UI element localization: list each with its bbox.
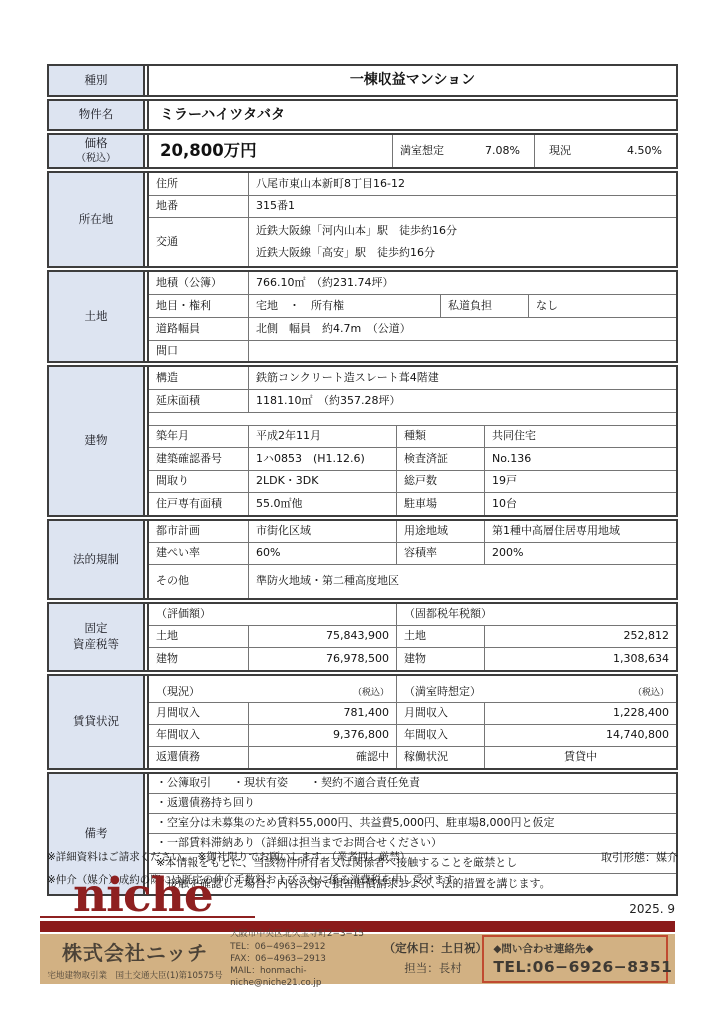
building-spacer-row xyxy=(149,413,676,426)
section-name: 物件名 ミラーハイツタバタ xyxy=(47,99,678,131)
city-plan-label: 都市計画 xyxy=(149,521,249,542)
floor-area-value: 1181.10㎡ （約357.28坪） xyxy=(249,390,676,412)
land-header: 土地 xyxy=(49,272,145,361)
niche-logo: niche xyxy=(73,872,213,919)
section-type: 種別 一棟収益マンション xyxy=(47,64,678,97)
access-line-2: 近鉄大阪線「高安」駅 徒歩約16分 xyxy=(256,242,435,264)
structure-label: 構造 xyxy=(149,367,249,389)
company-tel: TEL：06−4963−2912 xyxy=(230,941,384,953)
road-width-label: 道路幅員 xyxy=(149,318,249,340)
company-fax: FAX：06−4963−2913 xyxy=(230,953,384,965)
property-name-value: ミラーハイツタバタ xyxy=(149,101,676,129)
rental-full-title: （満室時想定） xyxy=(404,685,481,700)
inquiry-tel: TEL:06−6926−8351 xyxy=(493,958,657,976)
rental-header: 賃貸状況 xyxy=(49,676,145,768)
contact-person-block: （定休日：土日祝） 担当：長村 xyxy=(384,939,483,978)
inquiry-box: ◆問い合わせ連絡先◆ TEL:06−6926−8351 xyxy=(482,935,668,983)
section-land: 土地 地積（公簿） 766.10㎡ （約231.74坪） 地目・権利 宅地 ・ … xyxy=(47,270,678,363)
tax-annual-header: （固都税年税額） xyxy=(397,604,676,625)
rental-header-label: 賃貸状況 xyxy=(73,714,119,730)
coverage-ratio-value: 60% xyxy=(249,543,397,564)
occupancy-value: 賃貸中 xyxy=(485,747,676,768)
annual-income-label: 年間収入 xyxy=(149,725,249,746)
land-header-label: 土地 xyxy=(85,309,108,325)
refund-debt-value: 確認中 xyxy=(249,747,397,768)
rental-full-taxincl: （税込） xyxy=(633,687,669,700)
rental-full-header: （満室時想定） （税込） xyxy=(397,676,676,702)
tax-land-label-2: 土地 xyxy=(397,626,485,647)
built-date-label: 築年月 xyxy=(149,426,249,447)
price-header-label: 価格 xyxy=(85,136,108,152)
company-address: 大阪市中央区北久宝寺町2−3−15 xyxy=(230,928,384,940)
yield-full-cell: 満室想定 7.08% xyxy=(393,135,535,167)
frontage-label: 間口 xyxy=(149,341,249,361)
total-units-label: 総戸数 xyxy=(397,471,485,492)
unit-area-value: 55.0㎡他 xyxy=(249,493,397,515)
monthly-income-full: 1,228,400 xyxy=(485,703,676,724)
occupancy-label: 稼働状況 xyxy=(397,747,485,768)
property-flyer-page: 種別 一棟収益マンション 物件名 ミラーハイツタバタ 価格 （税込） xyxy=(0,0,724,1024)
legal-header-label: 法的規制 xyxy=(73,552,119,568)
legal-other-label: その他 xyxy=(149,565,249,598)
remarks-header-label: 備考 xyxy=(85,826,108,842)
section-rental: 賃貸状況 （現況） （税込） （満室時想定） （税込） 月間収入 781,400… xyxy=(47,674,678,770)
unit-area-label: 住戸専有面積 xyxy=(149,493,249,515)
price-header-sublabel: （税込） xyxy=(76,152,116,166)
zoning-value: 第1種中高層住居専用地域 xyxy=(485,521,676,542)
monthly-income-label: 月間収入 xyxy=(149,703,249,724)
tax-annual-land-value: 252,812 xyxy=(485,626,676,647)
road-width-value: 北側 幅員 約4.7m （公道） xyxy=(249,318,676,340)
type-header-label: 種別 xyxy=(85,73,108,89)
address-label: 住所 xyxy=(149,173,249,195)
built-date-value: 平成2年11月 xyxy=(249,426,397,447)
section-legal: 法的規制 都市計画 市街化区域 用途地域 第1種中高層住居専用地域 建ぺい率 6… xyxy=(47,519,678,600)
address-value: 八尾市東山本新町8丁目16-12 xyxy=(249,173,676,195)
land-area-label: 地積（公簿） xyxy=(149,272,249,294)
name-header: 物件名 xyxy=(49,101,145,129)
rental-current-title: （現況） xyxy=(156,685,200,700)
location-header-label: 所在地 xyxy=(79,212,114,228)
coverage-ratio-label: 建ぺい率 xyxy=(149,543,249,564)
land-category-label: 地目・権利 xyxy=(149,295,249,317)
frontage-value xyxy=(249,341,676,361)
contact-person: 担当：長村 xyxy=(384,959,483,979)
company-name: 株式会社ニッチ xyxy=(40,937,230,966)
tax-eval-building-value: 76,978,500 xyxy=(249,648,397,670)
section-tax: 固定 資産税等 （評価額） （固都税年税額） 土地 75,843,900 土地 … xyxy=(47,602,678,672)
monthly-income-label-2: 月間収入 xyxy=(397,703,485,724)
footer-company-band: 株式会社ニッチ 宅地建物取引業 国土交通大臣(1)第10575号 大阪市中央区北… xyxy=(40,934,675,984)
section-location: 所在地 住所 八尾市東山本新町8丁目16-12 地番 315番1 交通 近鉄大阪… xyxy=(47,171,678,268)
lot-number-label: 地番 xyxy=(149,196,249,217)
permit-number-value: 1ハ0853 (H1.12.6) xyxy=(249,448,397,470)
building-header-label: 建物 xyxy=(85,433,108,449)
legal-header: 法的規制 xyxy=(49,521,145,598)
tax-eval-header: （評価額） xyxy=(149,604,397,625)
yield-full-value: 7.08% xyxy=(485,144,520,159)
access-line-1: 近鉄大阪線「河内山本」駅 徒歩約16分 xyxy=(256,220,457,242)
building-kind-value: 共同住宅 xyxy=(485,426,676,447)
price-header: 価格 （税込） xyxy=(49,135,145,167)
inspection-cert-value: No.136 xyxy=(485,448,676,470)
section-price: 価格 （税込） 20,800万円 満室想定 7.08% 現況 4.50% xyxy=(47,133,678,169)
structure-value: 鉄筋コンクリート造スレート葺4階建 xyxy=(249,367,676,389)
type-value: 一棟収益マンション xyxy=(149,66,676,95)
rental-current-header: （現況） （税込） xyxy=(149,676,397,702)
annual-income-full: 14,740,800 xyxy=(485,725,676,746)
yield-current-cell: 現況 4.50% xyxy=(535,135,676,167)
property-table: 種別 一棟収益マンション 物件名 ミラーハイツタバタ 価格 （税込） xyxy=(47,64,678,898)
transaction-type: 取引形態：媒介 xyxy=(601,849,678,865)
logo-underline-rule xyxy=(40,916,255,918)
floor-ratio-value: 200% xyxy=(485,543,676,564)
parking-value: 10台 xyxy=(485,493,676,515)
land-area-value: 766.10㎡ （約231.74坪） xyxy=(249,272,676,294)
company-license: 宅地建物取引業 国土交通大臣(1)第10575号 xyxy=(40,969,230,981)
yield-full-label: 満室想定 xyxy=(400,144,444,159)
holiday-note: （定休日：土日祝） xyxy=(384,939,483,959)
floor-ratio-label: 容積率 xyxy=(397,543,485,564)
yield-current-value: 4.50% xyxy=(627,144,662,159)
tax-building-label: 建物 xyxy=(149,648,249,670)
inspection-cert-label: 検査済証 xyxy=(397,448,485,470)
refund-debt-label: 返還債務 xyxy=(149,747,249,768)
building-kind-label: 種類 xyxy=(397,426,485,447)
tax-eval-land-value: 75,843,900 xyxy=(249,626,397,647)
remarks-line: ・空室分は未募集のため賃料55,000円、共益費5,000円、駐車場8,000円… xyxy=(149,814,676,833)
tax-annual-building-value: 1,308,634 xyxy=(485,648,676,670)
legal-other-value: 準防火地域・第二種高度地区 xyxy=(249,565,676,598)
floor-area-label: 延床面積 xyxy=(149,390,249,412)
monthly-income-current: 781,400 xyxy=(249,703,397,724)
footnote-line-1: ※詳細資料はご請求ください。 ※御社限りでお願いします。（業者回し厳禁） xyxy=(47,849,410,864)
tax-header-label-1: 固定 xyxy=(85,621,108,637)
annual-income-current: 9,376,800 xyxy=(249,725,397,746)
city-plan-value: 市街化区域 xyxy=(249,521,397,542)
layout-label: 間取り xyxy=(149,471,249,492)
company-contact-block: 大阪市中央区北久宝寺町2−3−15 TEL：06−4963−2912 FAX：0… xyxy=(230,928,384,990)
private-road-label: 私道負担 xyxy=(441,295,529,317)
lot-number-value: 315番1 xyxy=(249,196,676,217)
private-road-value: なし xyxy=(529,295,676,317)
building-header: 建物 xyxy=(49,367,145,515)
footer-date: 2025. 9 xyxy=(629,902,675,916)
zoning-label: 用途地域 xyxy=(397,521,485,542)
remarks-line: ・返還債務持ち回り xyxy=(149,794,676,813)
total-units-value: 19戸 xyxy=(485,471,676,492)
section-building: 建物 構造 鉄筋コンクリート造スレート葺4階建 延床面積 1181.10㎡ （約… xyxy=(47,365,678,517)
access-value: 近鉄大阪線「河内山本」駅 徒歩約16分 近鉄大阪線「高安」駅 徒歩約16分 xyxy=(249,218,676,266)
parking-label: 駐車場 xyxy=(397,493,485,515)
company-block: 株式会社ニッチ 宅地建物取引業 国土交通大臣(1)第10575号 xyxy=(40,937,230,981)
access-label: 交通 xyxy=(149,218,249,266)
inquiry-title: ◆問い合わせ連絡先◆ xyxy=(493,941,657,956)
type-header: 種別 xyxy=(49,66,145,95)
annual-income-label-2: 年間収入 xyxy=(397,725,485,746)
location-header: 所在地 xyxy=(49,173,145,266)
company-mail: MAIL：honmachi-niche@niche21.co.jp xyxy=(230,965,384,990)
rental-current-taxincl: （税込） xyxy=(353,687,389,700)
tax-building-label-2: 建物 xyxy=(397,648,485,670)
price-value: 20,800万円 xyxy=(149,135,393,167)
land-category-value: 宅地 ・ 所有権 xyxy=(249,295,441,317)
name-header-label: 物件名 xyxy=(79,107,114,123)
tax-header: 固定 資産税等 xyxy=(49,604,145,670)
tax-header-label-2: 資産税等 xyxy=(73,637,119,653)
tax-land-label: 土地 xyxy=(149,626,249,647)
yield-current-label: 現況 xyxy=(549,144,571,159)
layout-value: 2LDK・3DK xyxy=(249,471,397,492)
permit-number-label: 建築確認番号 xyxy=(149,448,249,470)
remarks-line: ・公簿取引 ・現状有姿 ・契約不適合責任免責 xyxy=(149,774,676,793)
